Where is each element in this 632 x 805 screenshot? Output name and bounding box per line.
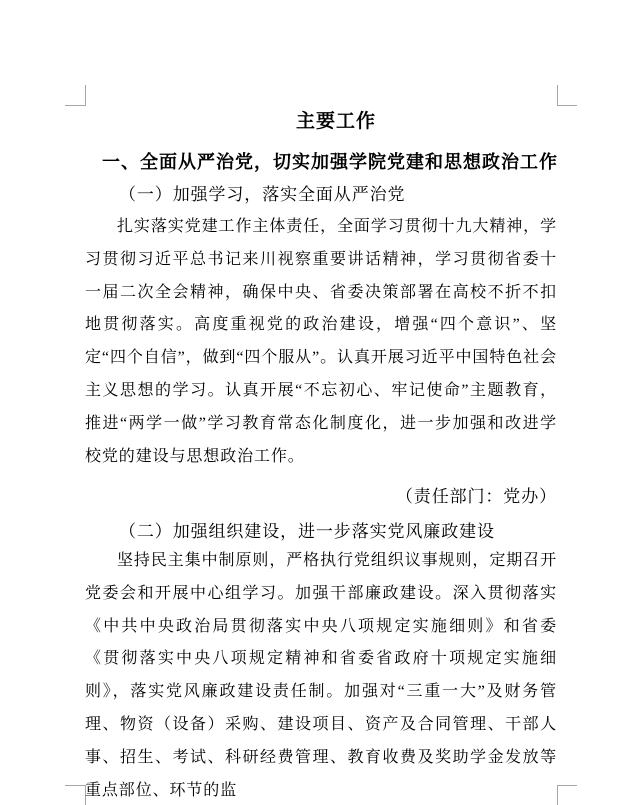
body-paragraph-1: 扎实落实党建工作主体责任，全面学习贯彻十九大精神，学习贯彻习近平总书记来川视察重… xyxy=(85,211,557,473)
document-page: 主要工作 一、全面从严治党，切实加强学院党建和思想政治工作 （一）加强学习，落实… xyxy=(0,0,632,805)
margin-crop-mark-top-left xyxy=(65,85,86,106)
document-title: 主要工作 xyxy=(85,105,557,138)
subsection-heading-1: （一）加强学习，落实全面从严治党 xyxy=(85,178,557,211)
responsible-department-line: （责任部门：党办） xyxy=(85,480,557,513)
margin-crop-mark-top-right xyxy=(557,85,577,106)
margin-crop-mark-bottom-right xyxy=(557,785,577,805)
subsection-heading-2: （二）加强组织建设，进一步落实党风廉政建设 xyxy=(85,515,557,548)
body-paragraph-2: 坚持民主集中制原则，严格执行党组织议事规则，定期召开党委会和开展中心组学习。加强… xyxy=(85,545,557,805)
margin-crop-mark-bottom-left xyxy=(65,785,86,805)
section-heading: 一、全面从严治党，切实加强学院党建和思想政治工作 xyxy=(85,146,557,179)
